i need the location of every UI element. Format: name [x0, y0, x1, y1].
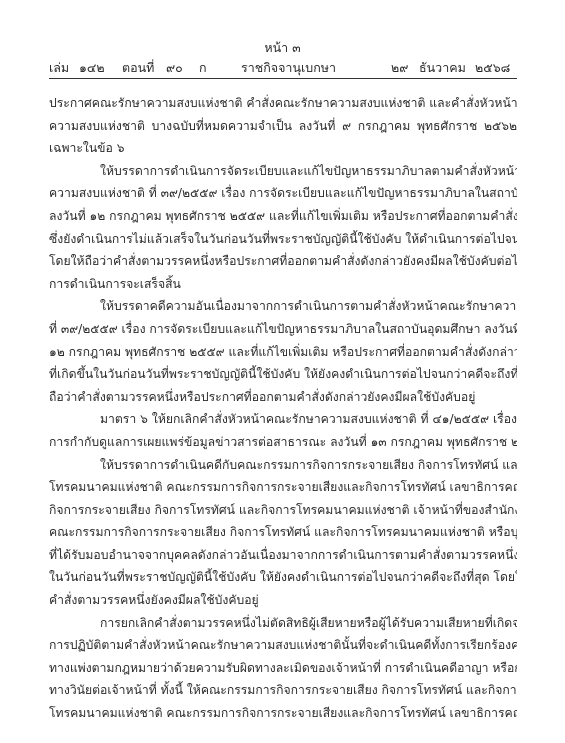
- text-line: การดำเนินการจะเสร็จสิ้น: [49, 273, 517, 296]
- text-line: ให้บรรดาการดำเนินคดีกับคณะกรรมการกิจการก…: [49, 454, 517, 477]
- date-year: ๒๕๖๘: [475, 60, 510, 76]
- document-body: ประกาศคณะรักษาความสงบแห่งชาติ คำสั่งคณะร…: [49, 92, 517, 725]
- text-line: คณะกรรมการกิจการกระจายเสียง กิจการโทรทัศ…: [49, 521, 517, 544]
- text-line: การกำกับดูแลการเผยแพร่ข้อมูลข่าวสารต่อสา…: [49, 431, 517, 454]
- text-line: ซึ่งยังดำเนินการไม่แล้วเสร็จในวันก่อนวัน…: [49, 228, 517, 251]
- text-line: การยกเลิกคำสั่งตามวรรคหนึ่งไม่ตัดสิทธิผู…: [49, 612, 517, 635]
- text-line: ความสงบแห่งชาติ ที่ ๓๙/๒๕๕๙ เรื่อง การจั…: [49, 182, 517, 205]
- text-line: โดยให้ถือว่าคำสั่งตามวรรคหนึ่งหรือประกาศ…: [49, 250, 517, 273]
- section-letter: ก: [199, 60, 207, 76]
- date-day: ๒๙: [391, 60, 408, 76]
- gazette-header: เล่ม ๑๔๒ ตอนที่ ๙๐ ก ราชกิจจานุเบกษา ๒๙ …: [49, 60, 517, 79]
- text-line: ที่ ๓๙/๒๕๕๙ เรื่อง การจัดระเบียบและแก้ไข…: [49, 318, 517, 341]
- text-line: ที่ได้รับมอบอำนาจจากบุคคลดังกล่าวอันเนื่…: [49, 544, 517, 567]
- issue-label: ตอนที่: [122, 60, 154, 76]
- text-line: กิจการกระจายเสียง กิจการโทรทัศน์ และกิจก…: [49, 499, 517, 522]
- text-line: ให้บรรดาคดีความอันเนื่องมาจากการดำเนินกา…: [49, 295, 517, 318]
- text-line: การปฏิบัติตามคำสั่งหัวหน้าคณะรักษาความสง…: [49, 634, 517, 657]
- page-number: หน้า ๓: [0, 40, 565, 56]
- text-line: ความสงบแห่งชาติ บางฉบับที่หมดความจำเป็น …: [49, 115, 517, 138]
- text-line: ทางวินัยต่อเจ้าหน้าที่ ทั้งนี้ ให้คณะกรร…: [49, 679, 517, 702]
- text-line: คำสั่งตามวรรคหนึ่งยังคงมีผลใช้บังคับอยู่: [49, 589, 517, 612]
- publication-name: ราชกิจจานุเบกษา: [241, 60, 336, 76]
- issue-number: ๙๐: [166, 60, 183, 76]
- date-month: ธันวาคม: [419, 60, 466, 76]
- text-line: มาตรา ๖ ให้ยกเลิกคำสั่งหัวหน้าคณะรักษาคว…: [49, 408, 517, 431]
- text-line: ถือว่าคำสั่งตามวรรคหนึ่งหรือประกาศที่ออก…: [49, 386, 517, 409]
- text-line: ลงวันที่ ๑๒ กรกฎาคม พุทธศักราช ๒๕๕๙ และท…: [49, 205, 517, 228]
- text-line: ทางแพ่งตามกฎหมายว่าด้วยความรับผิดทางละเม…: [49, 657, 517, 680]
- text-line: เฉพาะในข้อ ๖: [49, 137, 517, 160]
- text-line: ๑๒ กรกฎาคม พุทธศักราช ๒๕๕๙ และที่แก้ไขเพ…: [49, 341, 517, 364]
- text-line: ที่เกิดขึ้นในวันก่อนวันที่พระราชบัญญัติน…: [49, 363, 517, 386]
- text-line: ให้บรรดาการดำเนินการจัดระเบียบและแก้ไขปั…: [49, 160, 517, 183]
- text-line: โทรคมนาคมแห่งชาติ คณะกรรมการกิจการกระจาย…: [49, 476, 517, 499]
- text-line: โทรคมนาคมแห่งชาติ คณะกรรมการกิจการกระจาย…: [49, 702, 517, 725]
- text-line: ประกาศคณะรักษาความสงบแห่งชาติ คำสั่งคณะร…: [49, 92, 517, 115]
- text-line: ในวันก่อนวันที่พระราชบัญญัตินี้ใช้บังคับ…: [49, 566, 517, 589]
- volume-number: ๑๔๒: [79, 60, 105, 76]
- volume-label: เล่ม: [49, 60, 69, 76]
